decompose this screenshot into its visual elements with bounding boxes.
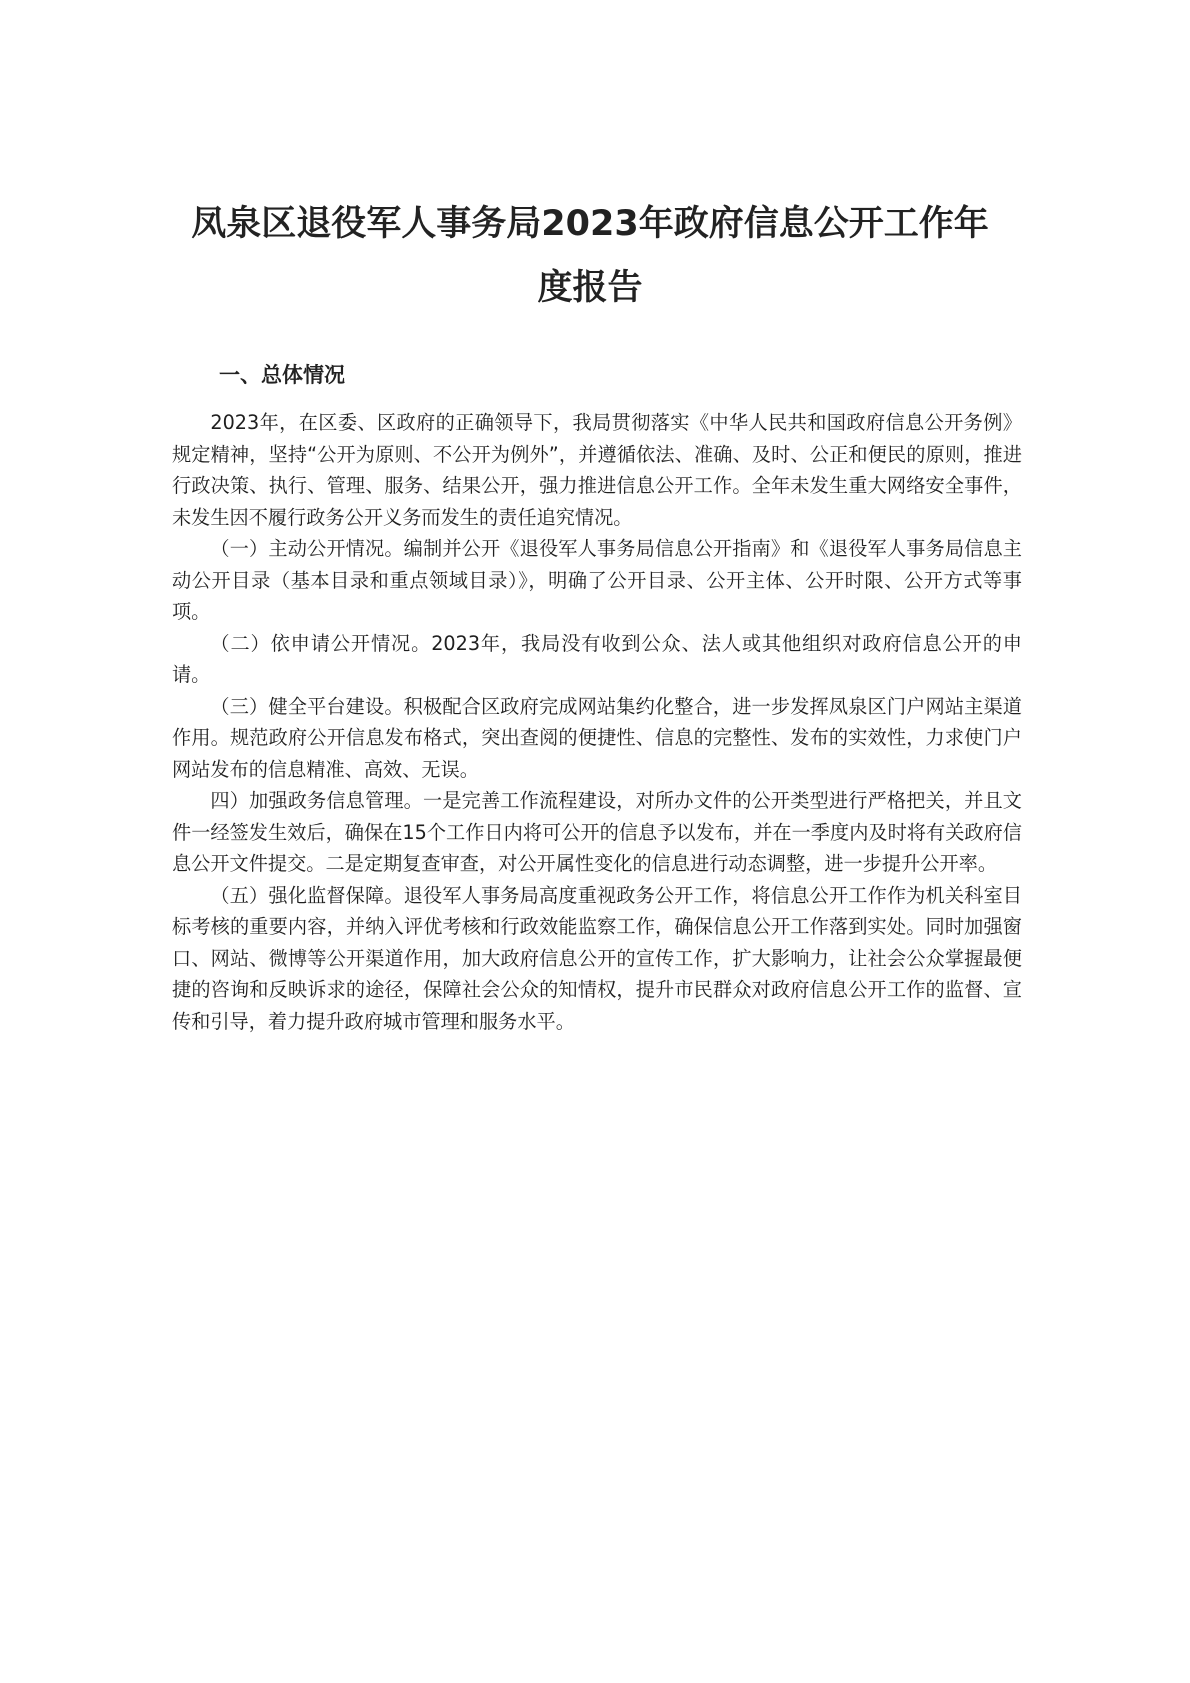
paragraph-proactive-disclosure: （一）主动公开情况。编制并公开《退役军人事务局信息公开指南》和《退役军人事务局信…: [172, 533, 1022, 628]
document-page: 凤泉区退役军人事务局2023年政府信息公开工作年 度报告 一、总体情况 2023…: [0, 0, 1190, 1683]
section-body: 2023年，在区委、区政府的正确领导下，我局贯彻落实《中华人民共和国政府信息公开…: [172, 407, 1022, 1037]
title-line-1: 凤泉区退役军人事务局2023年政府信息公开工作年: [191, 204, 988, 244]
paragraph-request-disclosure: （二）依申请公开情况。2023年，我局没有收到公众、法人或其他组织对政府信息公开…: [172, 628, 1022, 691]
paragraph-supervision: （五）强化监督保障。退役军人事务局高度重视政务公开工作，将信息公开工作作为机关科…: [172, 880, 1022, 1038]
paragraph-info-management: 四）加强政务信息管理。一是完善工作流程建设，对所办文件的公开类型进行严格把关，并…: [172, 785, 1022, 880]
paragraph-intro: 2023年，在区委、区政府的正确领导下，我局贯彻落实《中华人民共和国政府信息公开…: [172, 407, 1022, 533]
title-line-2: 度报告: [537, 268, 642, 308]
document-title: 凤泉区退役军人事务局2023年政府信息公开工作年 度报告: [160, 192, 1020, 320]
paragraph-platform-building: （三）健全平台建设。积极配合区政府完成网站集约化整合，进一步发挥凤泉区门户网站主…: [172, 691, 1022, 786]
section-heading-overview: 一、总体情况: [219, 360, 345, 390]
